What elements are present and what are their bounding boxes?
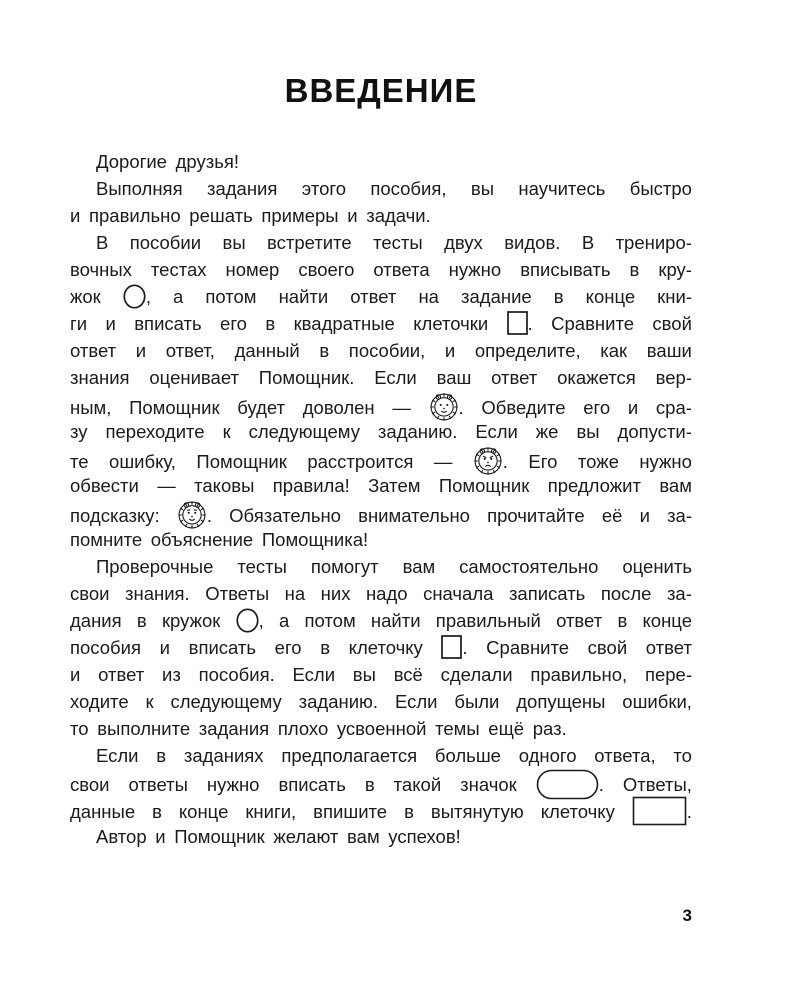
word: вписать (134, 310, 201, 337)
text-line: знанияоцениваетПомощник.Есливашответокаж… (70, 364, 692, 391)
inline-symbol-group: , (236, 607, 264, 634)
word: помогут (311, 553, 379, 580)
text-line: иответизпособия.Есливывсёсделалиправильн… (70, 661, 692, 688)
word: зу (70, 418, 88, 445)
word: в (137, 607, 147, 634)
word: больше (435, 742, 501, 769)
word: быстро (630, 175, 692, 202)
word: будет (237, 394, 285, 421)
answer-circle-icon (123, 283, 146, 310)
word: вочных (70, 256, 132, 283)
word: ответ (98, 661, 144, 688)
word: трениро- (616, 229, 692, 256)
word: Проверочные (96, 553, 213, 580)
word: ответ (646, 634, 692, 661)
word: вписать (278, 771, 345, 798)
word: свои (70, 580, 110, 607)
word: как (600, 337, 627, 364)
text-line: Автор и Помощник желают вам успехов! (70, 823, 692, 850)
inline-symbol-group: . (632, 796, 692, 826)
word: в (617, 607, 627, 634)
word: встретите (267, 229, 352, 256)
word: нужно (449, 256, 502, 283)
word: вы (353, 661, 376, 688)
word: Обязательно (229, 502, 341, 529)
word: вписать (189, 634, 256, 661)
word: Если (96, 742, 139, 769)
word: и (628, 394, 638, 421)
word: задания (207, 175, 277, 202)
paragraph: Впособиивывстретитетестыдвухвидов.Втрени… (70, 229, 692, 553)
word: значок (460, 771, 517, 798)
word: В (582, 229, 594, 256)
word: вер- (656, 364, 692, 391)
word: ответ (350, 283, 396, 310)
word: Если (475, 418, 518, 445)
word: его (583, 394, 610, 421)
word: допущены (516, 688, 605, 715)
text-line: Проверочныетестыпомогутвамсамостоятельно… (70, 553, 692, 580)
word: Обведите (481, 394, 565, 421)
word: вы (471, 175, 494, 202)
word: тоже (578, 448, 619, 475)
text-line: Выполняязаданияэтогопособия,вынаучитесьб… (70, 175, 692, 202)
word: Его (528, 448, 557, 475)
word: номер (226, 256, 280, 283)
text-line: обвести—таковыправила!ЗатемПомощникпредл… (70, 472, 692, 499)
text-line: то выполните задания плохо усвоенной тем… (70, 715, 692, 742)
word: же (536, 418, 559, 445)
word: Помощник (196, 448, 286, 475)
word: определите, (475, 337, 581, 364)
word: ответ, (166, 337, 215, 364)
line-text: помните объяснение Помощника! (70, 529, 368, 550)
word: заданиях (184, 742, 264, 769)
word: а (173, 283, 183, 310)
word: за- (667, 580, 692, 607)
word: пособия. (199, 661, 275, 688)
word: Ответы, (623, 771, 692, 798)
word: те (70, 448, 89, 475)
word: — (434, 448, 453, 475)
paragraph: Выполняязаданияэтогопособия,вынаучитесьб… (70, 175, 692, 229)
word: на (418, 283, 439, 310)
word: за- (667, 502, 692, 529)
word: пособия (70, 634, 141, 661)
word: нужно (639, 448, 692, 475)
word: надо (366, 580, 408, 607)
word: ошибку, (109, 448, 176, 475)
word: тесты (373, 229, 423, 256)
line-text: Дорогие друзья! (96, 151, 239, 172)
word: ответ (556, 607, 602, 634)
word: потом (304, 607, 355, 634)
word: и (445, 337, 455, 364)
word: тестах (151, 256, 207, 283)
word: в (320, 634, 330, 661)
word: переходите (106, 418, 205, 445)
word: нужно (207, 771, 260, 798)
word: научитесь (518, 175, 605, 202)
word: кружок (162, 607, 220, 634)
line-text: Автор и Помощник желают вам успехов! (96, 826, 461, 847)
text-line: жок,апотомнайтиответназаданиевконцекни- (70, 283, 692, 310)
word: найти (279, 283, 329, 310)
page-title: ВВЕДЕНИЕ (70, 0, 692, 110)
text-line: ответиответ,данныйвпособии,иопределите,к… (70, 337, 692, 364)
word: расстроится (307, 448, 413, 475)
word: вам (659, 472, 692, 499)
word: следующему (170, 688, 281, 715)
word: жок (70, 283, 101, 310)
word: Затем (368, 472, 420, 499)
word: кни- (657, 283, 692, 310)
inline-symbol-group: , (123, 283, 151, 310)
word: квадратные (294, 310, 395, 337)
word: к (223, 418, 231, 445)
word: из (162, 661, 181, 688)
word: прочитайте (487, 502, 585, 529)
word: а (279, 607, 289, 634)
word: Если (293, 661, 336, 688)
word: этого (302, 175, 346, 202)
word: в (152, 798, 162, 825)
page-number: 3 (70, 906, 692, 926)
word: записать (509, 580, 585, 607)
word: в (554, 283, 564, 310)
text-line: помните объяснение Помощника! (70, 526, 692, 553)
word: книги, (245, 798, 296, 825)
word: всё (394, 661, 423, 688)
word: после (601, 580, 652, 607)
word: сра- (656, 394, 692, 421)
introduction-text: Дорогие друзья!Выполняязаданияэтогопособ… (70, 148, 692, 850)
word: подсказку: (70, 502, 160, 529)
word: ответы (128, 771, 187, 798)
word: правильный (436, 607, 541, 634)
word: сначала (423, 580, 493, 607)
word: ответ (70, 337, 116, 364)
word: вытянутую (431, 798, 524, 825)
word: оценить (622, 553, 692, 580)
paragraph: Проверочныетестыпомогутвамсамостоятельно… (70, 553, 692, 742)
word: свой (588, 634, 628, 661)
word: окажется (557, 364, 636, 391)
word: такой (394, 771, 441, 798)
word: и (640, 502, 650, 529)
text-line: зупереходитекследующемузаданию.Еслижевыд… (70, 418, 692, 445)
word: предполагается (281, 742, 417, 769)
word: В (96, 229, 108, 256)
line-text: то выполните задания плохо усвоенной тем… (70, 718, 567, 739)
word: данный (235, 337, 300, 364)
word: знания (70, 364, 130, 391)
book-page: ВВЕДЕНИЕ Дорогие друзья!Выполняязаданияэ… (0, 0, 800, 1000)
text-line: Впособиивывстретитетестыдвухвидов.Втрени… (70, 229, 692, 256)
word: в (404, 798, 414, 825)
line-text: и правильно решать примеры и задачи. (70, 205, 431, 226)
word: пособии (130, 229, 201, 256)
word: конце (586, 283, 635, 310)
word: в (630, 256, 640, 283)
word: Помощник (439, 472, 529, 499)
word: правильно, (530, 661, 627, 688)
word: — (392, 394, 411, 421)
answer-rect-icon (632, 796, 687, 826)
text-line: Есливзаданияхпредполагаетсябольшеодногоо… (70, 742, 692, 769)
word: его (275, 634, 302, 661)
word: оценивает (149, 364, 239, 391)
inline-symbol-group: . (441, 634, 467, 661)
text-line: данныевконцекниги,впишитеввытянутуюклето… (70, 796, 692, 823)
word: ответа, (594, 742, 655, 769)
word: дания (70, 607, 122, 634)
word: ошибки, (622, 688, 692, 715)
word: обвести (70, 472, 139, 499)
word: самостоятельно (459, 553, 598, 580)
word: заданию. (299, 688, 378, 715)
word: Помощник. (259, 364, 355, 391)
word: доволен (303, 394, 375, 421)
word: ваши (647, 337, 692, 364)
word: ходите (70, 688, 129, 715)
text-line: вочныхтестахномерсвоегоответанужновписыв… (70, 256, 692, 283)
text-line: ходитекследующемузаданию.Еслибылидопущен… (70, 688, 692, 715)
word: пособия, (370, 175, 446, 202)
word: двух (444, 229, 483, 256)
word: её (602, 502, 623, 529)
word: конце (643, 607, 692, 634)
word: тесты (237, 553, 287, 580)
word: ответ (491, 364, 537, 391)
word: свои (70, 771, 110, 798)
word: были (454, 688, 499, 715)
word: — (157, 472, 176, 499)
word: на (285, 580, 306, 607)
word: клеточку (349, 634, 423, 661)
word: то (673, 742, 692, 769)
word: найти (371, 607, 421, 634)
word: Выполняя (96, 175, 183, 202)
word: его (220, 310, 247, 337)
word: правила! (273, 472, 350, 499)
word: своего (298, 256, 354, 283)
text-line: гиивписатьеговквадратныеклеточки.Сравнит… (70, 310, 692, 337)
answer-square-icon (507, 310, 528, 337)
word: конце (179, 798, 228, 825)
word: следующему (249, 418, 360, 445)
paragraph: Дорогие друзья! (70, 148, 692, 175)
word: Сравните (486, 634, 569, 661)
text-line: даниявкружок,апотомнайтиправильныйответв… (70, 607, 692, 634)
inline-symbol-group: . (507, 310, 533, 337)
word: потом (205, 283, 256, 310)
word: ги (70, 310, 87, 337)
word: и (105, 310, 115, 337)
paragraph: Есливзаданияхпредполагаетсябольшеодногоо… (70, 742, 692, 823)
paragraph: Автор и Помощник желают вам успехов! (70, 823, 692, 850)
word: пособии, (349, 337, 425, 364)
text-line: теошибку,Помощникрасстроится—.Еготоженуж… (70, 445, 692, 472)
answer-square-icon (441, 634, 462, 661)
page-content: ВВЕДЕНИЕ Дорогие друзья!Выполняязаданияэ… (70, 0, 692, 850)
text-line: своиответынужновписатьвтакойзначок.Ответ… (70, 769, 692, 796)
word: в (319, 337, 329, 364)
word: Сравните (551, 310, 634, 337)
word: и (160, 634, 170, 661)
word: вы (576, 418, 599, 445)
text-line: подсказку:.Обязательновнимательнопрочита… (70, 499, 692, 526)
text-line: своизнания.Ответынанихнадосначалазаписат… (70, 580, 692, 607)
word: задание (461, 283, 532, 310)
word: вы (222, 229, 245, 256)
answer-circle-icon (236, 607, 259, 634)
word: клеточки (413, 310, 488, 337)
word: и (136, 337, 146, 364)
word: внимательно (358, 502, 470, 529)
text-line: и правильно решать примеры и задачи. (70, 202, 692, 229)
word: в (156, 742, 166, 769)
word: видов. (504, 229, 560, 256)
word: сделали (441, 661, 513, 688)
word: ваш (437, 364, 472, 391)
word: Если (374, 364, 417, 391)
word: таковы (194, 472, 254, 499)
word: свой (652, 310, 692, 337)
word: вписывать (520, 256, 610, 283)
text-line: Дорогие друзья! (70, 148, 692, 175)
word: заданию. (378, 418, 457, 445)
word: них (321, 580, 351, 607)
word: пере- (645, 661, 692, 688)
word: Если (395, 688, 438, 715)
word: к (145, 688, 153, 715)
word: Помощник (129, 394, 219, 421)
text-line: пособияивписатьеговклеточку.Сравнитесвой… (70, 634, 692, 661)
word: в (365, 771, 375, 798)
word: вам (403, 553, 436, 580)
word: в (265, 310, 275, 337)
word: и (70, 661, 80, 688)
word: ответа (373, 256, 429, 283)
word: допусти- (618, 418, 692, 445)
word: данные (70, 798, 135, 825)
word: знания. (125, 580, 190, 607)
word: предложит (548, 472, 641, 499)
word: одного (519, 742, 577, 769)
word: кру- (658, 256, 692, 283)
word: впишите (313, 798, 387, 825)
word: клеточку (541, 798, 615, 825)
word: ным, (70, 394, 111, 421)
word: Ответы (205, 580, 269, 607)
text-line: ным,Помощникбудетдоволен—.Обведитеегоиср… (70, 391, 692, 418)
